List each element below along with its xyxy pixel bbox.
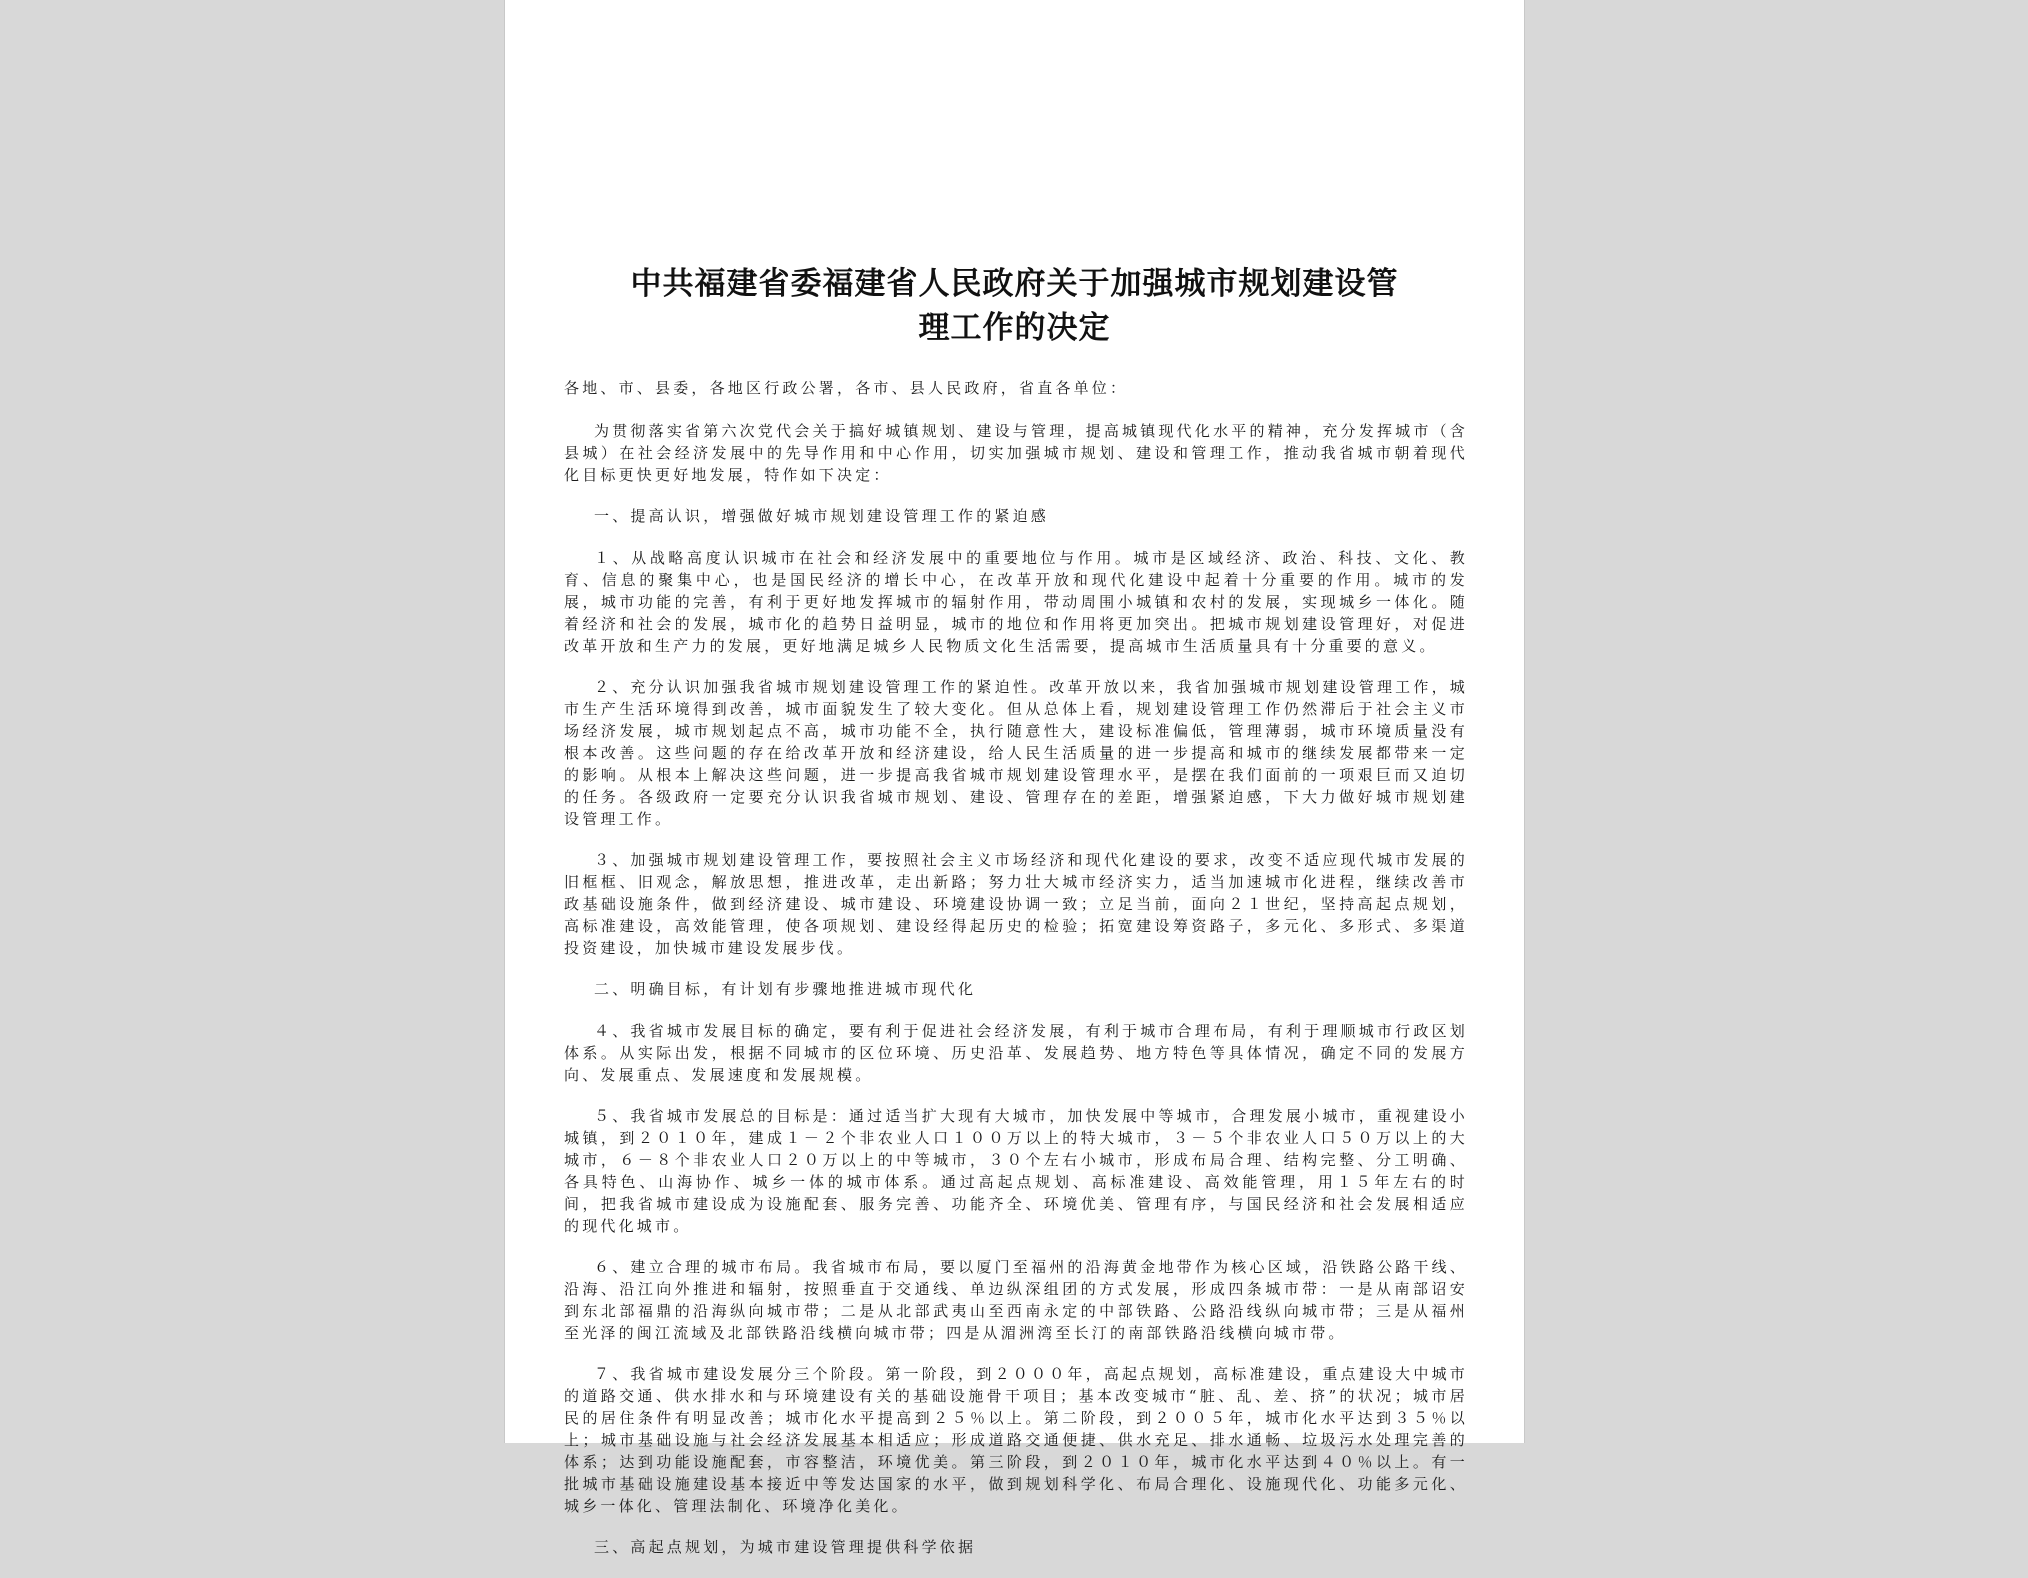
paragraph-3: ３、加强城市规划建设管理工作，要按照社会主义市场经济和现代化建设的要求，改变不适… <box>564 849 1468 959</box>
title-line-1: 中共福建省委福建省人民政府关于加强城市规划建设管 <box>505 262 1524 306</box>
paragraph-4: ４、我省城市发展目标的确定，要有利于促进社会经济发展，有利于城市合理布局，有利于… <box>564 1020 1468 1086</box>
title-line-2: 理工作的决定 <box>505 306 1524 350</box>
paragraph-1: １、从战略高度认识城市在社会和经济发展中的重要地位与作用。城市是区域经济、政治、… <box>564 547 1468 657</box>
paragraph-7: ７、我省城市建设发展分三个阶段。第一阶段，到２０００年，高起点规划，高标准建设，… <box>564 1363 1468 1443</box>
paragraph-5: ５、我省城市发展总的目标是：通过适当扩大现有大城市，加快发展中等城市，合理发展小… <box>564 1105 1468 1237</box>
section-heading-1: 一、提高认识，增强做好城市规划建设管理工作的紧迫感 <box>564 505 1468 527</box>
document-page: 中共福建省委福建省人民政府关于加强城市规划建设管 理工作的决定 各地、市、县委，… <box>504 0 1525 1443</box>
paragraph-6: ６、建立合理的城市布局。我省城市布局，要以厦门至福州的沿海黄金地带作为核心区域，… <box>564 1256 1468 1344</box>
paragraph-2: ２、充分认识加强我省城市规划建设管理工作的紧迫性。改革开放以来，我省加强城市规划… <box>564 676 1468 830</box>
section-heading-2: 二、明确目标，有计划有步骤地推进城市现代化 <box>564 978 1468 1000</box>
document-body: 各地、市、县委，各地区行政公署，各市、县人民政府，省直各单位： 为贯彻落实省第六… <box>564 377 1468 1443</box>
document-title: 中共福建省委福建省人民政府关于加强城市规划建设管 理工作的决定 <box>505 262 1524 350</box>
intro-paragraph: 为贯彻落实省第六次党代会关于搞好城镇规划、建设与管理，提高城镇现代化水平的精神，… <box>564 420 1468 486</box>
salutation: 各地、市、县委，各地区行政公署，各市、县人民政府，省直各单位： <box>564 377 1468 399</box>
